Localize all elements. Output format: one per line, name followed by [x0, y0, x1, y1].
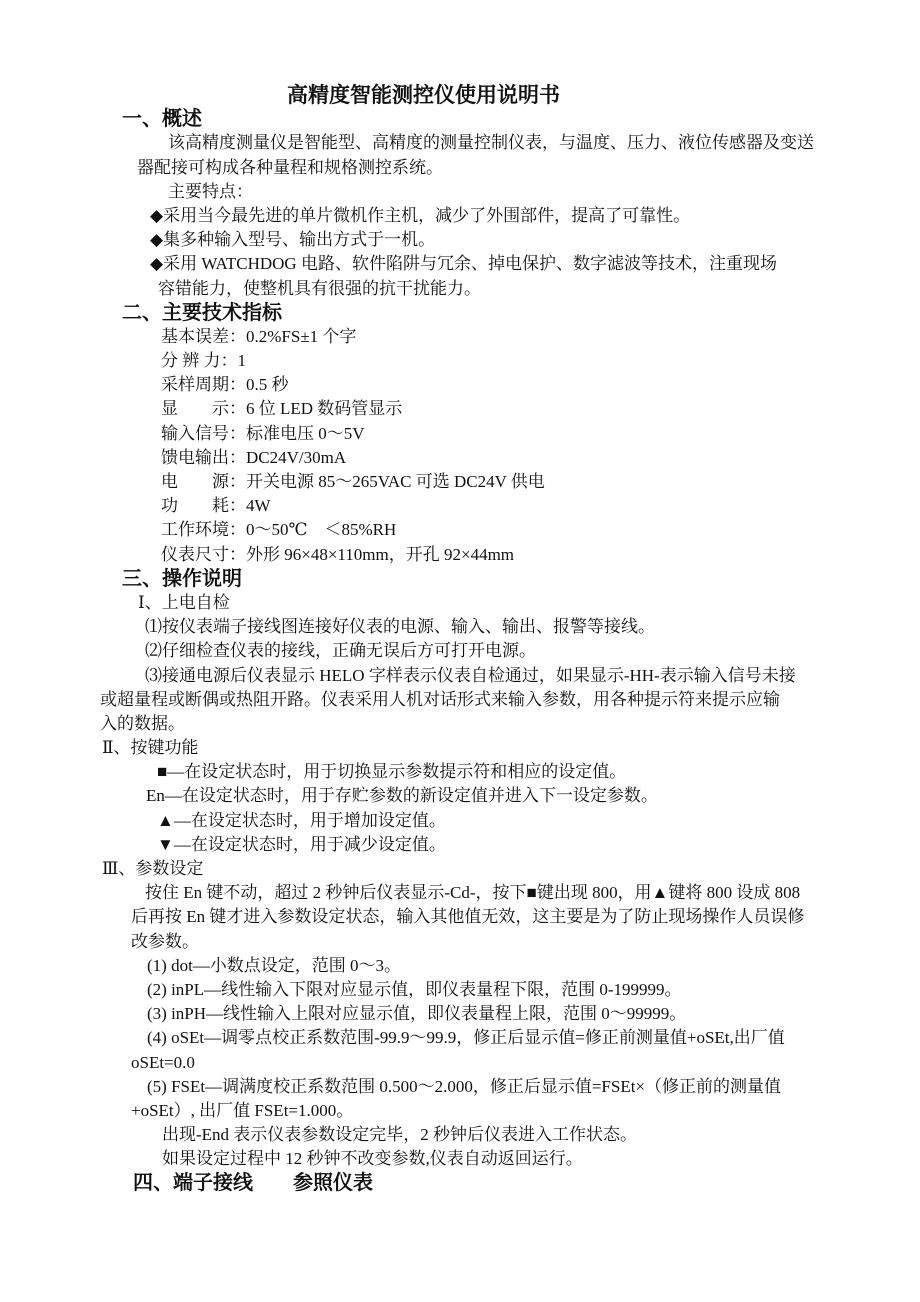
- manual-page: 高精度智能测控仪使用说明书一、概述该高精度测量仪是智能型、高精度的测量控制仪表，…: [0, 0, 920, 1302]
- doc-line: ⑴按仪表端子接线图连接好仪表的电源、输入、输出、报警等接线。: [145, 615, 920, 639]
- doc-line: ▲—在设定状态时，用于增加设定值。: [157, 809, 920, 833]
- doc-line: 器配接可构成各种量程和规格测控系统。: [137, 156, 920, 180]
- doc-line: ⑵仔细检查仪表的接线，正确无误后方可打开电源。: [145, 639, 920, 663]
- doc-line: 仪表尺寸：外形 96×48×110mm，开孔 92×44mm: [161, 543, 920, 567]
- doc-line: (4) oSEt—调零点校正系数范围-99.9～99.9，修正后显示值=修正前测…: [147, 1026, 920, 1050]
- doc-line: 出现-End 表示仪表参数设定完毕，2 秒钟后仪表进入工作状态。: [162, 1123, 920, 1147]
- doc-line: (5) FSEt—调满度校正系数范围 0.500～2.000，修正后显示值=FS…: [147, 1075, 920, 1099]
- doc-line: Ⅱ、按键功能: [102, 736, 920, 760]
- doc-line: ▼—在设定状态时，用于减少设定值。: [157, 833, 920, 857]
- doc-line: 馈电输出：DC24V/30mA: [161, 446, 920, 470]
- doc-line: 分 辨 力：1: [161, 349, 920, 373]
- doc-line: 入的数据。: [100, 712, 920, 736]
- doc-line: 容错能力，使整机具有很强的抗干扰能力。: [158, 277, 920, 301]
- doc-line: 电 源：开关电源 85～265VAC 可选 DC24V 供电: [161, 470, 920, 494]
- doc-line: 或超量程或断偶或热阻开路。仪表采用人机对话形式来输入参数，用各种提示符来提示应输: [100, 688, 920, 712]
- doc-line: 显 示：6 位 LED 数码管显示: [161, 397, 920, 421]
- doc-line: 采样周期：0.5 秒: [161, 373, 920, 397]
- doc-line: 该高精度测量仪是智能型、高精度的测量控制仪表，与温度、压力、液位传感器及变送: [168, 131, 920, 155]
- doc-line: oSEt=0.0: [131, 1051, 920, 1075]
- doc-line: ◆采用 WATCHDOG 电路、软件陷阱与冗余、掉电保护、数字滤波等技术，注重现…: [150, 252, 920, 276]
- doc-line: ⑶接通电源后仪表显示 HELO 字样表示仪表自检通过，如果显示-HH-表示输入信…: [145, 664, 920, 688]
- doc-line: +oSEt）, 出厂值 FSEt=1.000。: [131, 1099, 920, 1123]
- doc-line: ◆采用当今最先进的单片微机作主机，减少了外围部件，提高了可靠性。: [150, 204, 920, 228]
- doc-line: (1) dot—小数点设定，范围 0～3。: [147, 954, 920, 978]
- section-heading: 四、端子接线 参照仪表: [133, 1171, 920, 1195]
- manual-document: 高精度智能测控仪使用说明书一、概述该高精度测量仪是智能型、高精度的测量控制仪表，…: [0, 83, 920, 1196]
- section-heading: 一、概述: [122, 107, 920, 131]
- doc-line: 功 耗：4W: [161, 494, 920, 518]
- doc-line: 工作环境：0～50℃ ＜85%RH: [161, 518, 920, 542]
- doc-line: 后再按 En 键才进入参数设定状态，输入其他值无效，这主要是为了防止现场操作人员…: [131, 905, 920, 929]
- doc-line: 基本误差：0.2%FS±1 个字: [161, 325, 920, 349]
- doc-line: (2) inPL—线性输入下限对应显示值，即仪表量程下限，范围 0-199999…: [147, 978, 920, 1002]
- doc-line: ◆集多种输入型号、输出方式于一机。: [150, 228, 920, 252]
- doc-title: 高精度智能测控仪使用说明书: [0, 83, 847, 107]
- doc-line: Ⅰ、上电自检: [138, 591, 920, 615]
- doc-line: 主要特点：: [168, 180, 920, 204]
- doc-line: ■—在设定状态时，用于切换显示参数提示符和相应的设定值。: [157, 760, 920, 784]
- doc-line: 输入信号：标准电压 0～5V: [161, 422, 920, 446]
- doc-line: Ⅲ、参数设定: [102, 857, 920, 881]
- doc-line: 如果设定过程中 12 秒钟不改变参数,仪表自动返回运行。: [162, 1147, 920, 1171]
- doc-line: (3) inPH—线性输入上限对应显示值，即仪表量程上限，范围 0～99999。: [147, 1002, 920, 1026]
- section-heading: 三、操作说明: [122, 567, 920, 591]
- doc-line: 改参数。: [131, 930, 920, 954]
- section-heading: 二、主要技术指标: [122, 301, 920, 325]
- doc-line: En—在设定状态时，用于存贮参数的新设定值并进入下一设定参数。: [146, 784, 920, 808]
- doc-line: 按住 En 键不动，超过 2 秒钟后仪表显示-Cd-，按下■键出现 800，用▲…: [145, 881, 920, 905]
